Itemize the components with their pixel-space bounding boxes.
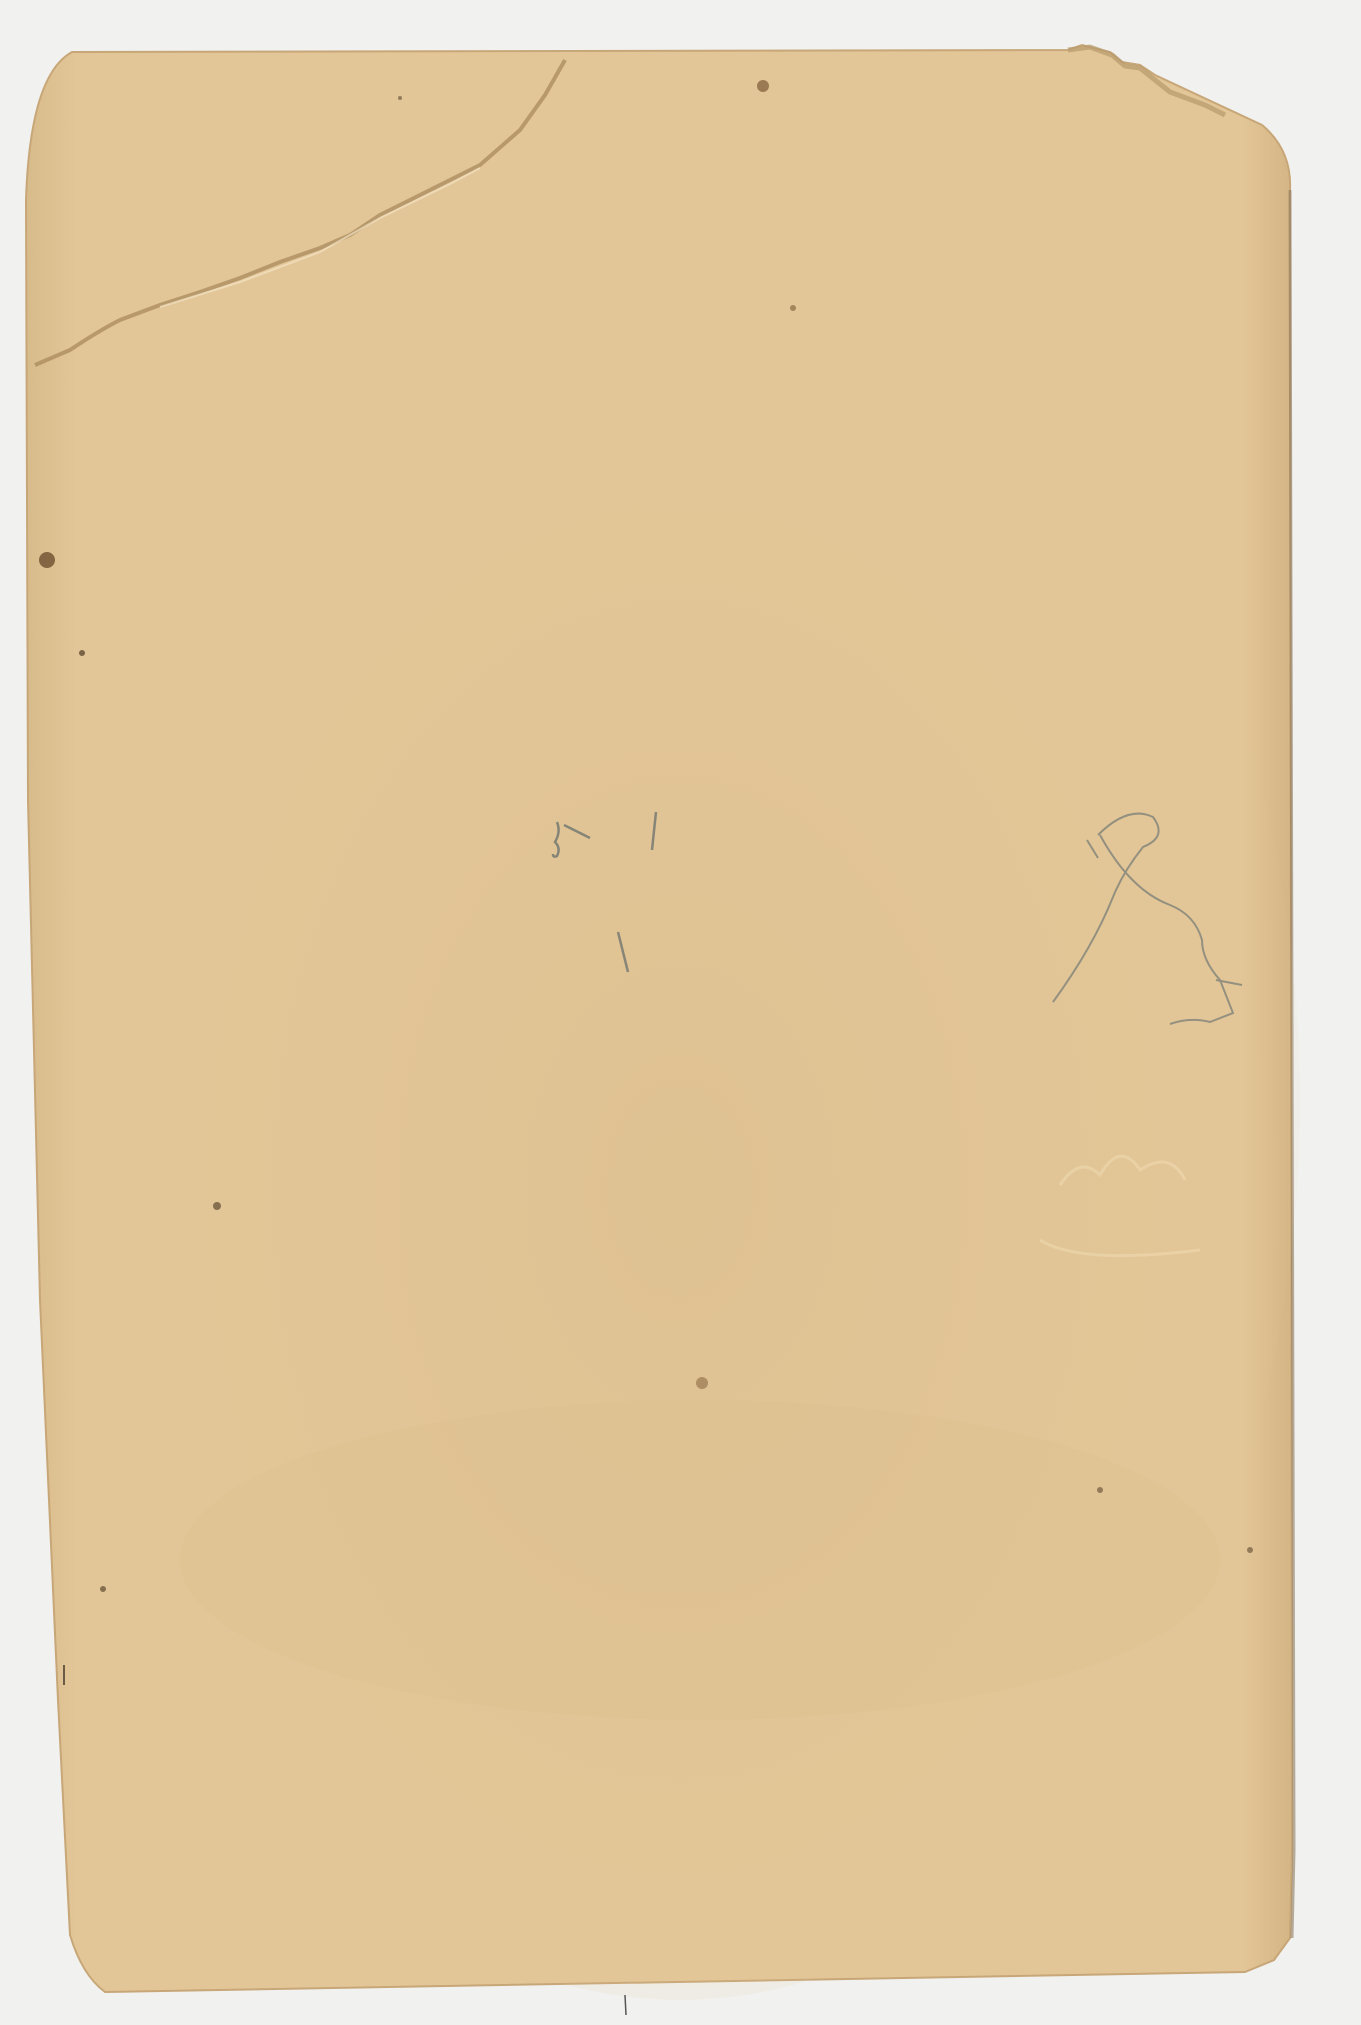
spot [398,96,402,100]
spot [100,1586,106,1592]
spot [213,1202,221,1210]
spot [757,80,769,92]
spot [79,650,85,656]
spot [696,1377,708,1389]
stain [180,1400,1220,1720]
card-scan [0,0,1361,2025]
spot [39,552,55,568]
scan-mark [625,1995,626,2015]
spot [1097,1487,1103,1493]
spot [790,305,796,311]
spot [1247,1547,1253,1553]
stain [60,200,1300,2000]
